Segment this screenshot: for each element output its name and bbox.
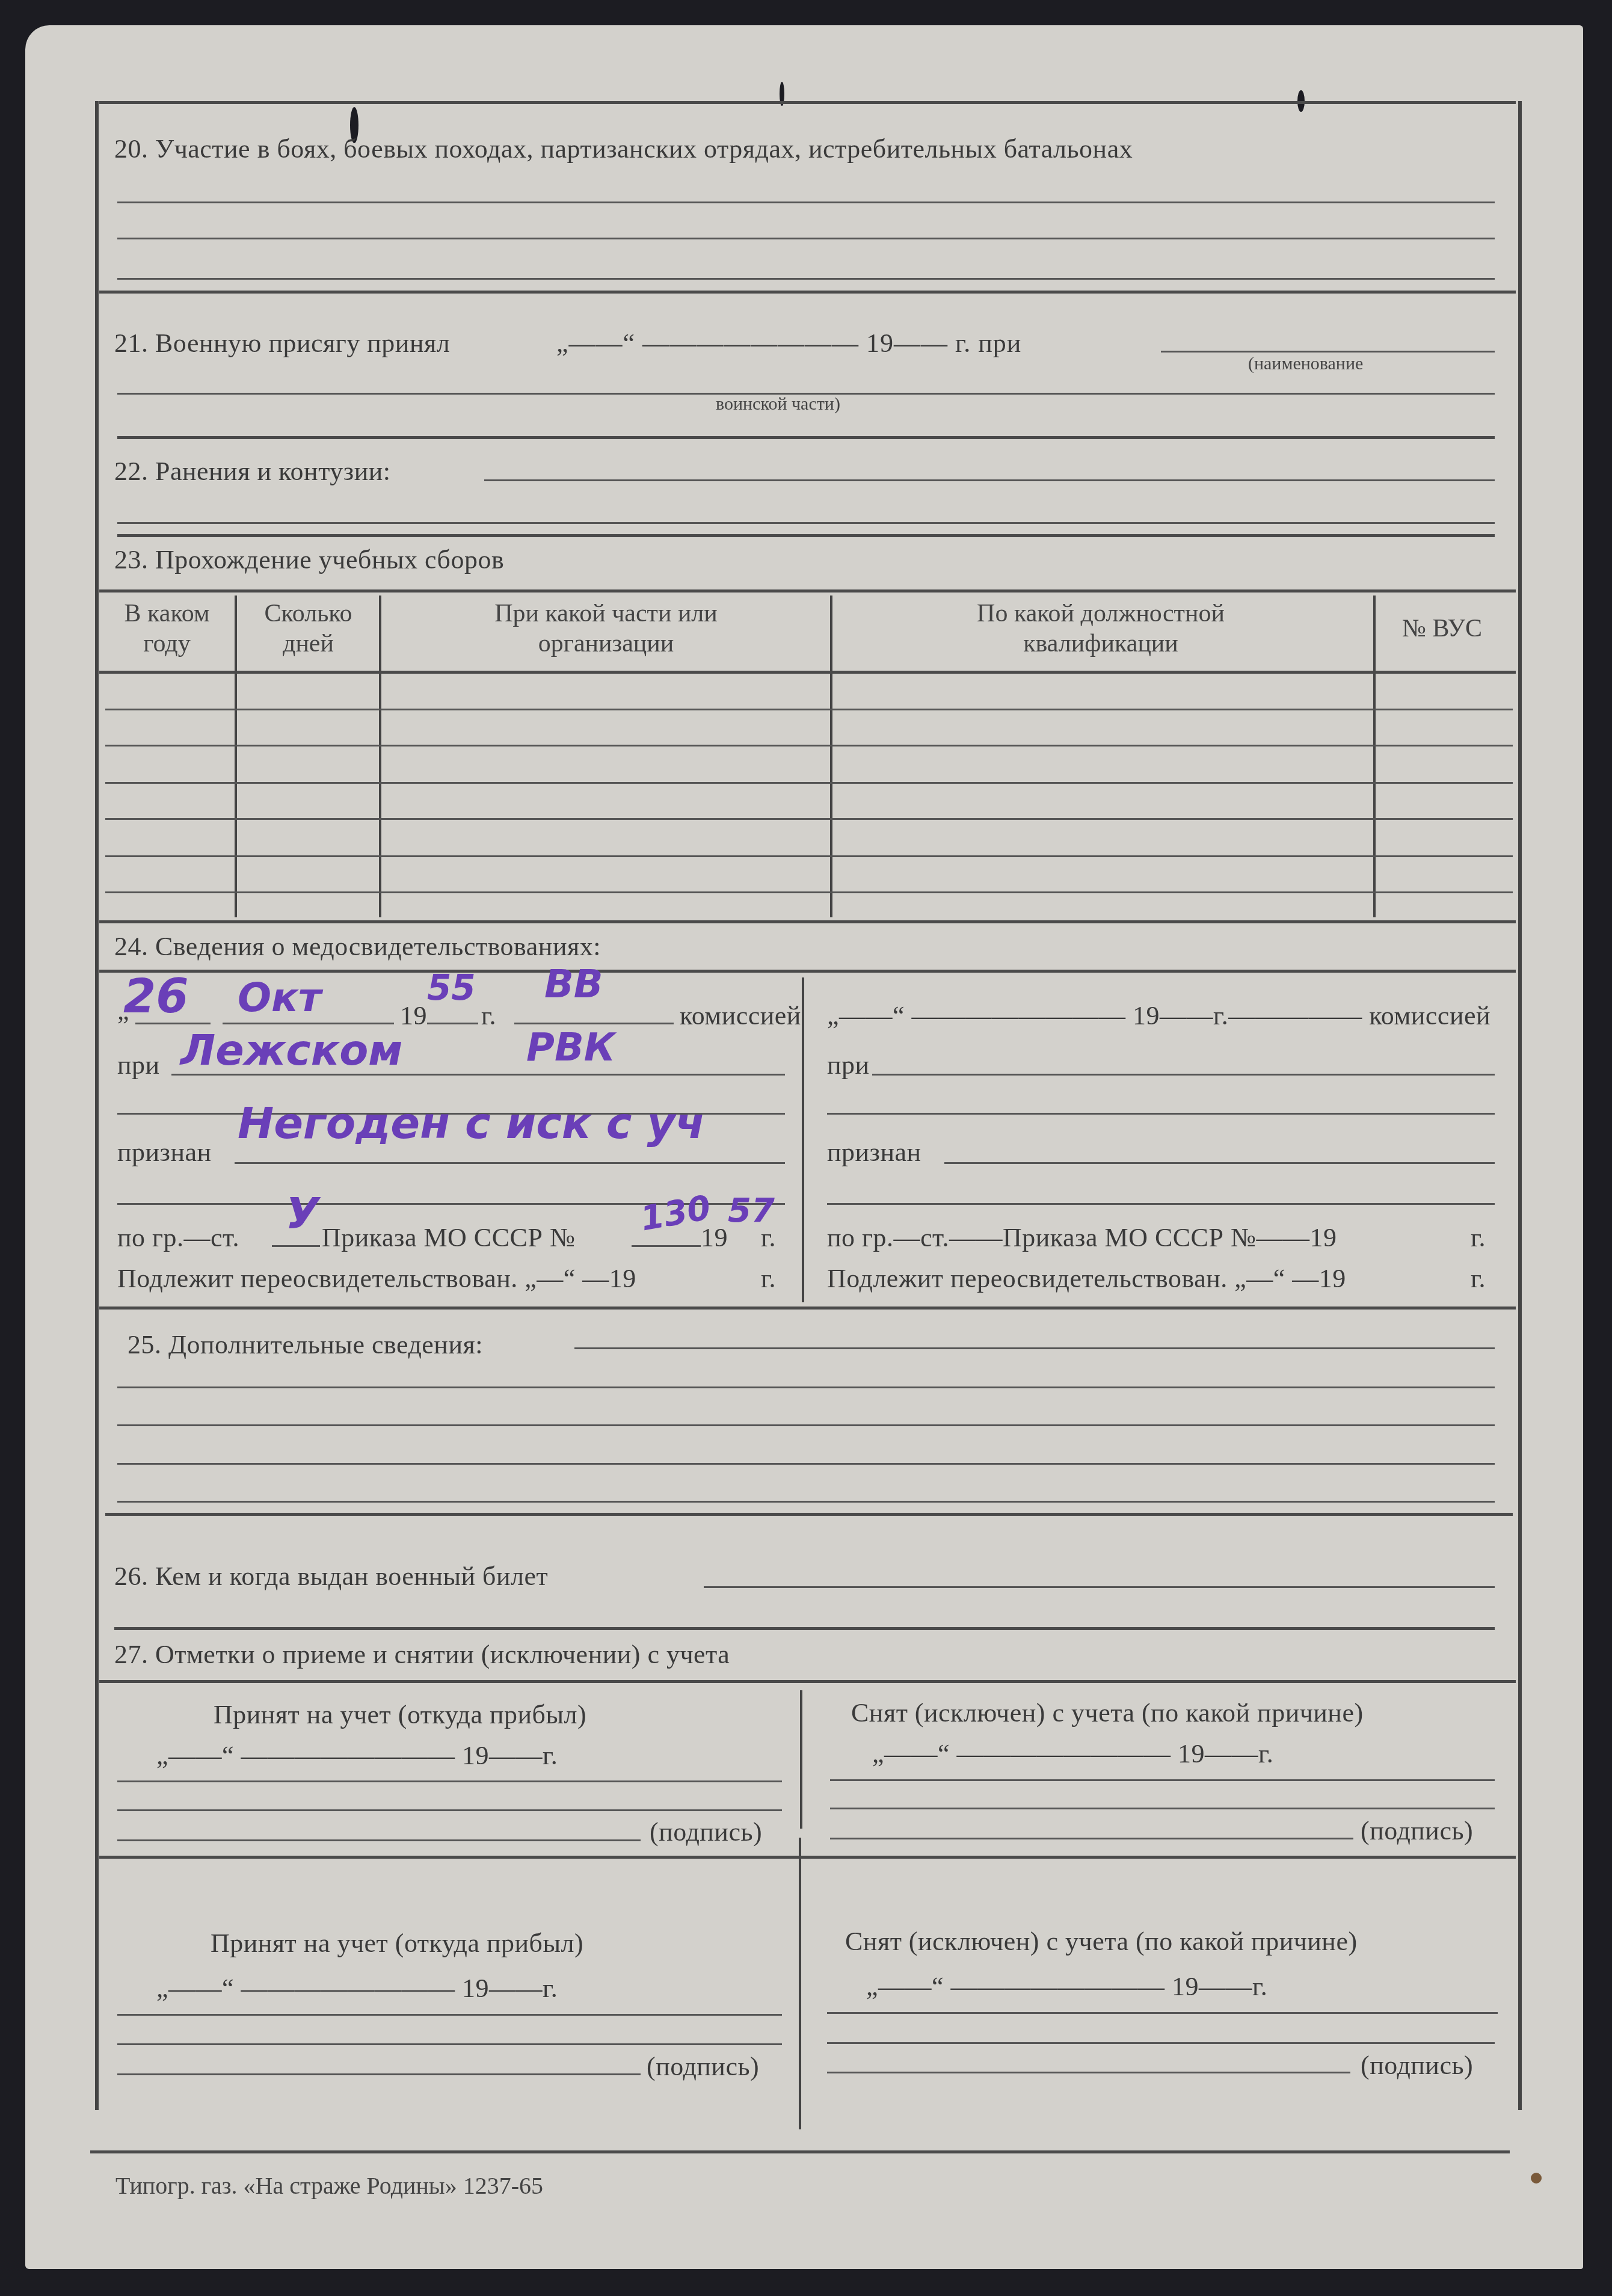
section-27-label: 27. Отметки о приеме и снятии (исключени… — [114, 1639, 730, 1670]
unit-name-hint: (наименование — [1248, 354, 1363, 374]
year-suffix: г. — [1471, 1222, 1486, 1253]
block-divider — [99, 1856, 1516, 1859]
removed-label: Снят (исключен) с учета (по какой причин… — [845, 1926, 1358, 1957]
signature-caption: (подпись) — [1361, 1815, 1473, 1846]
table-col-divider — [1373, 596, 1376, 917]
handwritten-commission: ВВ — [544, 962, 603, 1007]
year-suffix: г. — [761, 1263, 776, 1294]
fill-line — [827, 1203, 1495, 1205]
fill-line — [872, 1074, 1495, 1076]
signature-caption: (подпись) — [1361, 2050, 1473, 2081]
table-col-divider — [830, 596, 832, 917]
fill-line — [1161, 351, 1495, 352]
signature-line — [827, 2072, 1350, 2073]
fill-line — [272, 1245, 320, 1247]
fill-line — [117, 1387, 1495, 1388]
fill-line — [117, 1463, 1495, 1465]
col-header-days: Сколько дней — [238, 599, 379, 659]
section-22-label: 22. Ранения и контузии: — [114, 456, 391, 487]
fill-line — [117, 2014, 782, 2016]
accepted-label: Принят на учет (откуда прибыл) — [214, 1699, 586, 1730]
form-bottom-border — [90, 2150, 1510, 2153]
registration-col-divider — [800, 1690, 802, 1829]
fill-line — [484, 479, 1495, 481]
col-header-vus: № ВУС — [1374, 614, 1510, 644]
removed-date: „——“ ———————— 19——г. — [866, 1971, 1267, 2002]
fill-line — [704, 1586, 1495, 1588]
section-divider — [117, 534, 1495, 537]
fill-line — [117, 1424, 1495, 1426]
order-label: Приказа МО СССР № — [322, 1222, 575, 1253]
year-suffix: г. — [481, 1000, 496, 1031]
year-suffix: г. — [1471, 1263, 1486, 1294]
unit-name-hint-2: воинской части) — [716, 394, 840, 414]
accepted-date: „——“ ———————— 19——г. — [156, 1740, 558, 1771]
signature-caption: (подпись) — [647, 2051, 759, 2082]
handwritten-pri-2: РВК — [526, 1026, 615, 1070]
section-divider — [99, 970, 1516, 973]
pri-label: при — [117, 1050, 160, 1080]
stain-mark — [1531, 2173, 1542, 2184]
section-25-label: 25. Дополнительные сведения: — [128, 1329, 483, 1360]
section-divider — [99, 1680, 1516, 1683]
fill-line — [632, 1245, 701, 1247]
section-divider — [114, 1627, 1495, 1630]
priznan-label: признан — [117, 1137, 212, 1168]
signature-line — [117, 2073, 641, 2075]
section-divider — [117, 436, 1495, 439]
fill-line — [117, 278, 1495, 280]
table-top — [99, 589, 1516, 592]
fill-line — [944, 1162, 1495, 1164]
fill-line — [827, 2012, 1498, 2014]
form-top-border — [99, 101, 1516, 104]
order-line: по гр.—ст.——Приказа МО СССР №——19 — [827, 1222, 1337, 1253]
table-row — [105, 891, 1513, 893]
date-line: „——“ ———————— 19——г.————— комиссией — [827, 1000, 1490, 1031]
handwritten-pri: Лежском — [180, 1026, 403, 1075]
priznan-label: признан — [827, 1137, 921, 1168]
fill-line — [235, 1162, 785, 1164]
table-row — [105, 709, 1513, 710]
signature-caption: (подпись) — [650, 1817, 762, 1847]
section-23-label: 23. Прохождение учебных сборов — [114, 544, 504, 575]
handwritten-verdict: Негоден с иск с уч — [238, 1098, 705, 1148]
fill-line — [117, 1501, 1495, 1503]
pri-label: при — [827, 1050, 870, 1080]
removed-date: „——“ ———————— 19——г. — [872, 1738, 1273, 1769]
table-header-bottom — [99, 671, 1516, 674]
registration-col-divider — [799, 1838, 801, 2129]
oath-date-line: „——“ ———————— 19—— г. при — [556, 328, 1021, 359]
section-divider — [99, 1307, 1516, 1310]
signature-line — [830, 1838, 1353, 1839]
section-divider — [99, 291, 1516, 294]
signature-line — [117, 1839, 641, 1841]
fill-line — [574, 1347, 1495, 1349]
handwritten-month: Окт — [238, 974, 321, 1021]
accepted-label: Принят на учет (откуда прибыл) — [211, 1928, 583, 1959]
col-header-qualification: По какой должностной квалификации — [833, 599, 1368, 659]
commission-label: комиссией — [680, 1000, 801, 1031]
handwritten-year: 55 — [427, 967, 476, 1008]
fill-line — [117, 2043, 782, 2045]
printer-imprint: Типогр. газ. «На страже Родины» 1237-65 — [115, 2171, 543, 2200]
handwritten-day: 26 — [123, 970, 189, 1024]
fill-line — [117, 202, 1495, 203]
section-divider — [105, 1513, 1513, 1516]
fill-line — [117, 238, 1495, 239]
col-header-unit: При какой части или организации — [382, 599, 830, 659]
section-24-label: 24. Сведения о медосвидетельствованиях: — [114, 931, 601, 962]
article-label: по гр.—ст. — [117, 1222, 239, 1253]
fill-line — [827, 2042, 1495, 2044]
section-21-label: 21. Военную присягу принял — [114, 328, 450, 359]
fill-line — [827, 1113, 1495, 1115]
fill-line — [223, 1023, 394, 1024]
section-divider — [99, 920, 1516, 923]
table-row — [105, 855, 1513, 857]
section-26-label: 26. Кем и когда выдан военный билет — [114, 1561, 548, 1592]
reexam-label: Подлежит переосвидетельствован. „—“ —19 — [827, 1263, 1346, 1294]
accepted-date: „——“ ———————— 19——г. — [156, 1973, 558, 2004]
year-prefix: 19 — [400, 1000, 427, 1031]
fill-line — [830, 1779, 1495, 1781]
fill-line — [117, 1809, 782, 1811]
medical-col-divider — [802, 977, 804, 1302]
section-20-label: 20. Участие в боях, боевых походах, парт… — [114, 134, 1133, 164]
fill-line — [427, 1023, 478, 1024]
handwritten-article: У — [286, 1188, 319, 1239]
year-suffix: г. — [761, 1222, 776, 1253]
table-col-divider — [235, 596, 237, 917]
fill-line — [117, 1780, 782, 1782]
table-row — [105, 818, 1513, 820]
fill-line — [117, 522, 1495, 524]
table-col-divider — [379, 596, 381, 917]
reexam-label: Подлежит переосвидетельствован. „—“ —19 — [117, 1263, 636, 1294]
col-header-year: В каком году — [99, 599, 235, 659]
fill-line — [830, 1808, 1495, 1809]
fill-line — [514, 1023, 674, 1024]
order-year-prefix: 19 — [701, 1222, 728, 1253]
removed-label: Снят (исключен) с учета (по какой причин… — [851, 1697, 1364, 1728]
table-row — [105, 745, 1513, 746]
table-row — [105, 782, 1513, 784]
